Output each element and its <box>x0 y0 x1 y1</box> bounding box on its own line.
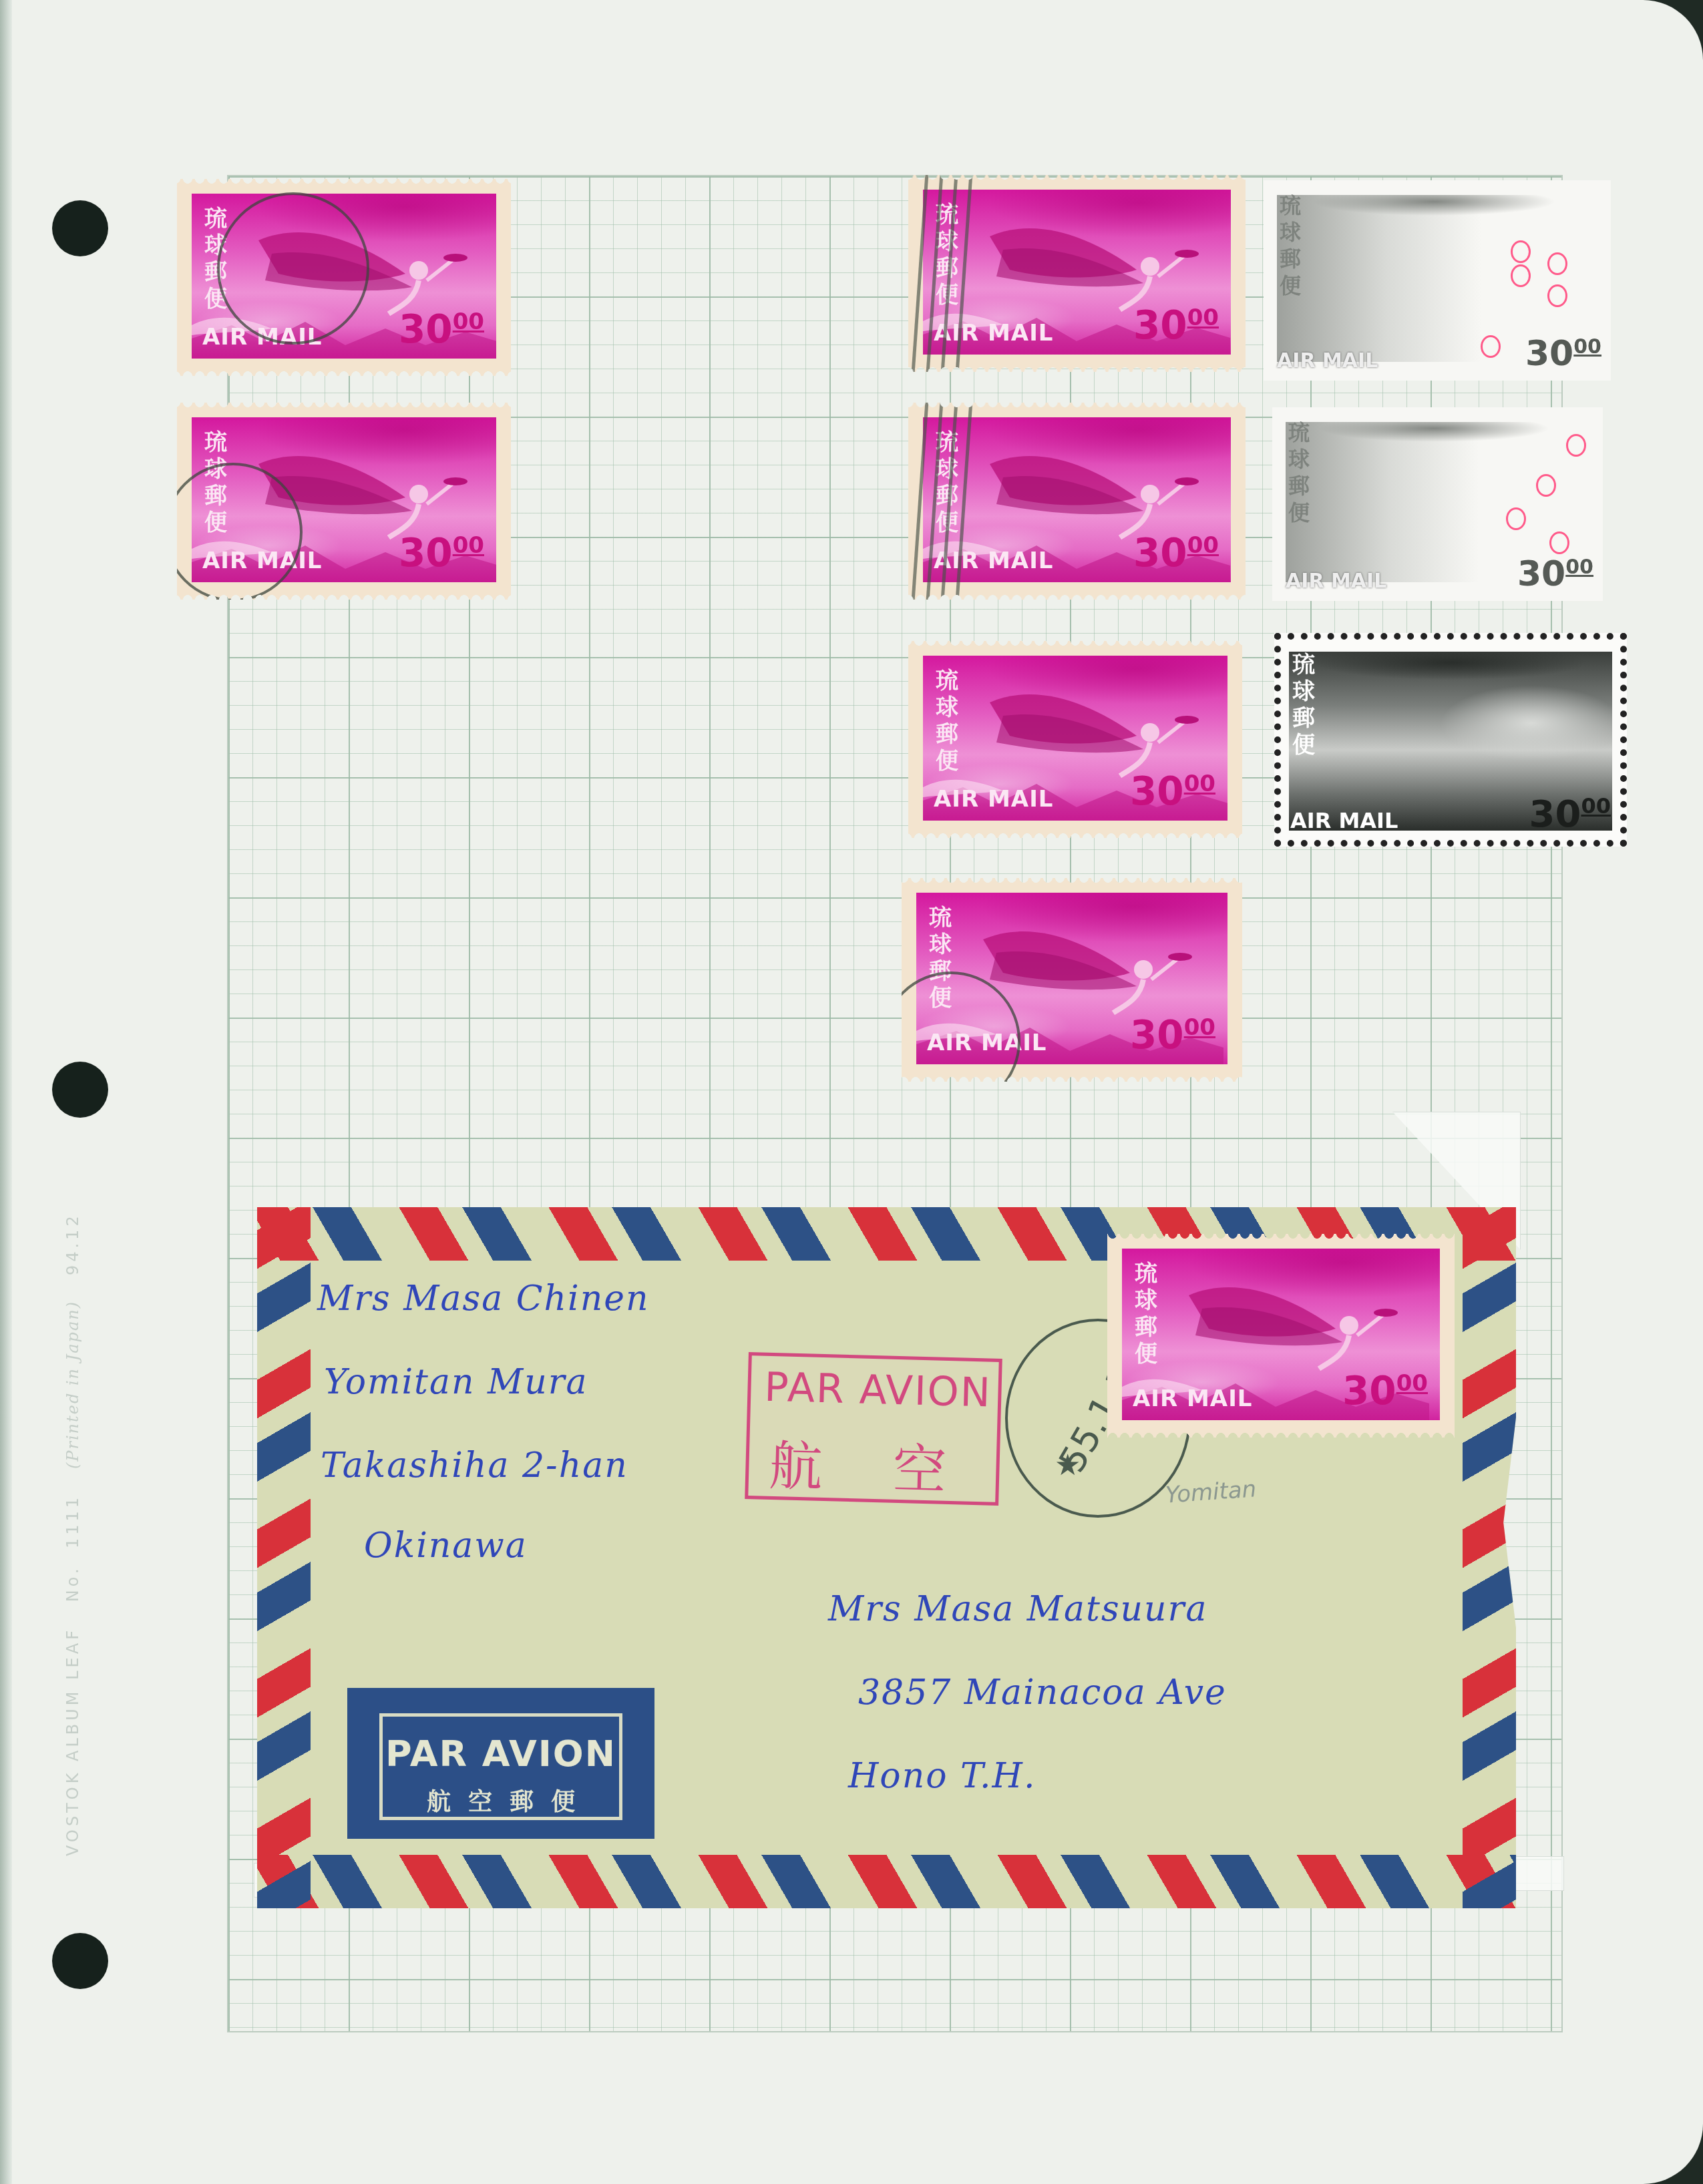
stamp-country-kanji: 琉球郵便 <box>202 206 229 312</box>
recipient-line: 3857 Mainacoa Ave <box>858 1673 1227 1713</box>
stamp-caption: AIR MAIL <box>934 320 1053 347</box>
handstamp-line2: 航 空 <box>768 1423 974 1505</box>
stamp-caption: AIR MAIL <box>1133 1385 1252 1412</box>
sender-line: Yomitan Mura <box>324 1362 588 1402</box>
mount-tab <box>1509 1856 1564 1891</box>
recipient-line: Mrs Masa Matsuura <box>828 1589 1207 1629</box>
stamp-country-kanji: 琉球郵便 <box>1286 419 1312 526</box>
imprint-date-code: 94.12 <box>63 1213 82 1275</box>
stamp-caption: AIR MAIL <box>927 1030 1047 1056</box>
airmail-border-bottom <box>257 1855 1516 1908</box>
pencil-circle-mark <box>1511 264 1531 287</box>
stamp-value: 3000 <box>1130 1012 1215 1058</box>
stamp-country-kanji: 琉球郵便 <box>1133 1261 1159 1367</box>
stamp-country-kanji: 琉球郵便 <box>934 668 960 775</box>
stamp-design: 琉球郵便 AIR MAIL 3000 <box>916 893 1227 1064</box>
stamp-country-kanji: 琉球郵便 <box>927 905 954 1012</box>
imprint-number: 1111 <box>63 1494 82 1548</box>
stamp-caption: AIR MAIL <box>934 548 1053 574</box>
stamp-value: 3000 <box>399 306 484 352</box>
stamp-caption: AIR MAIL <box>1277 349 1378 373</box>
label-line2: 航空郵便 <box>383 1783 619 1817</box>
imprint-number-label: No. <box>63 1565 82 1602</box>
stamp-mid-1[interactable]: 琉球郵便 AIR MAIL 3000 <box>908 175 1246 372</box>
stamp-design: 琉球郵便 AIR MAIL 3000 <box>923 656 1227 821</box>
stamp-country-kanji: 琉球郵便 <box>1277 192 1304 299</box>
stamp-country-kanji: 琉球郵便 <box>1290 652 1317 758</box>
pencil-circle-mark <box>1481 335 1501 358</box>
stamp-left-2[interactable]: 琉球郵便 AIR MAIL 3000 <box>177 403 511 600</box>
label-line1: PAR AVION <box>383 1733 619 1775</box>
leaf-imprint: VOSTOK ALBUM LEAF No. 1111 (Printed in J… <box>63 1213 82 1856</box>
pencil-circle-mark <box>1549 531 1569 554</box>
stamp-mid-4[interactable]: 琉球郵便 AIR MAIL 3000 <box>902 878 1242 1082</box>
stamp-design: 琉球郵便 AIR MAIL 3000 <box>923 190 1231 355</box>
imprint-note: (Printed in Japan) <box>63 1301 82 1469</box>
angel-icon <box>976 913 1197 1026</box>
par-avion-label: PAR AVION 航空郵便 <box>347 1688 654 1839</box>
stamp-design: 琉球郵便 AIR MAIL 3000 <box>192 417 496 582</box>
stamp-design: 琉球郵便 AIR MAIL 3000 <box>192 194 496 359</box>
stamp-value: 3000 <box>1133 302 1219 348</box>
pencil-circle-mark <box>1547 252 1567 275</box>
stamp-caption: AIR MAIL <box>1286 570 1386 593</box>
stamp-design: 琉球郵便 AIR MAIL 3000 <box>1122 1249 1440 1420</box>
stamp-on-cover[interactable]: 琉球郵便 AIR MAIL 3000 <box>1107 1234 1455 1438</box>
stamp-mid-3[interactable]: 琉球郵便 AIR MAIL 3000 <box>908 641 1242 838</box>
pencil-circle-mark <box>1506 507 1526 530</box>
sender-line: Takashiha 2-han <box>321 1446 628 1486</box>
stamp-caption: AIR MAIL <box>1290 808 1398 833</box>
stamp-value: 3000 <box>1529 793 1611 836</box>
stamp-left-1[interactable]: 琉球郵便 AIR MAIL 3000 <box>177 179 511 376</box>
stamp-country-kanji: 琉球郵便 <box>934 429 960 536</box>
stamp-caption: AIR MAIL <box>202 548 322 574</box>
par-avion-handstamp: PAR AVION 航 空 <box>745 1352 1002 1506</box>
binder-hole <box>52 200 108 256</box>
stamp-design: 琉球郵便 AIR MAIL 3000 <box>923 417 1231 582</box>
stamp-value: 3000 <box>1525 334 1601 374</box>
page-edge-shadow <box>0 0 12 2184</box>
star-icon: ★ <box>1055 1448 1081 1482</box>
grey-proof-1[interactable]: 琉球郵便 AIR MAIL 3000 <box>1264 180 1611 381</box>
pencil-circle-mark <box>1566 434 1586 457</box>
stamp-value: 3000 <box>1133 530 1219 576</box>
pencil-circle-mark <box>1511 240 1531 263</box>
album-page: VOSTOK ALBUM LEAF No. 1111 (Printed in J… <box>0 0 1703 2184</box>
stamp-value: 3000 <box>399 530 484 576</box>
stamp-value: 3000 <box>1342 1368 1428 1413</box>
stamp-mid-2[interactable]: 琉球郵便 AIR MAIL 3000 <box>908 403 1246 600</box>
stamp-caption: AIR MAIL <box>934 786 1053 813</box>
handstamp-line1: PAR AVION <box>764 1364 992 1417</box>
sender-line: Okinawa <box>364 1526 528 1566</box>
grey-proof-2[interactable]: 琉球郵便 AIR MAIL 3000 <box>1272 407 1603 601</box>
pencil-circle-mark <box>1536 474 1556 497</box>
imprint-brand: VOSTOK ALBUM LEAF <box>63 1627 82 1856</box>
recipient-line: Hono T.H. <box>848 1756 1036 1796</box>
stamp-country-kanji: 琉球郵便 <box>934 202 960 308</box>
stamp-value: 3000 <box>1517 554 1593 594</box>
stamp-caption: AIR MAIL <box>202 324 322 351</box>
angel-icon <box>1182 1269 1402 1382</box>
binder-hole <box>52 1062 108 1118</box>
pencil-circle-mark <box>1547 284 1567 307</box>
sender-line: Mrs Masa Chinen <box>317 1279 649 1319</box>
airmail-border-left <box>257 1207 311 1908</box>
black-stamp[interactable]: 琉球郵便 AIR MAIL 3000 <box>1274 633 1627 847</box>
binder-hole <box>52 1933 108 1989</box>
stamp-country-kanji: 琉球郵便 <box>202 429 229 536</box>
stamp-value: 3000 <box>1130 769 1215 814</box>
